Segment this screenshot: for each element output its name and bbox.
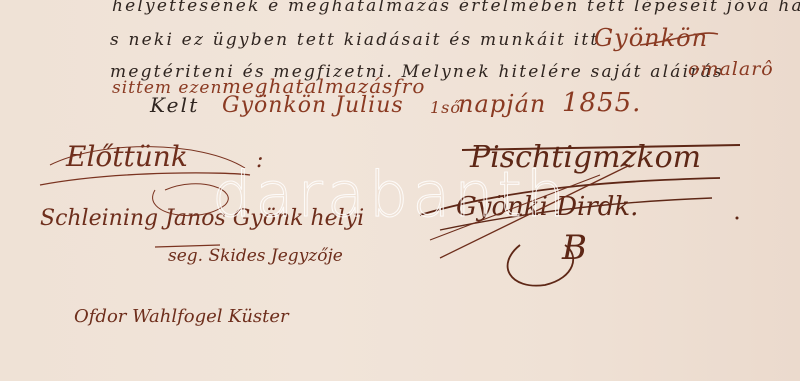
pen-flourishes <box>0 0 800 381</box>
document-page: helyettesének é meghatalmazás értelmében… <box>0 0 800 381</box>
